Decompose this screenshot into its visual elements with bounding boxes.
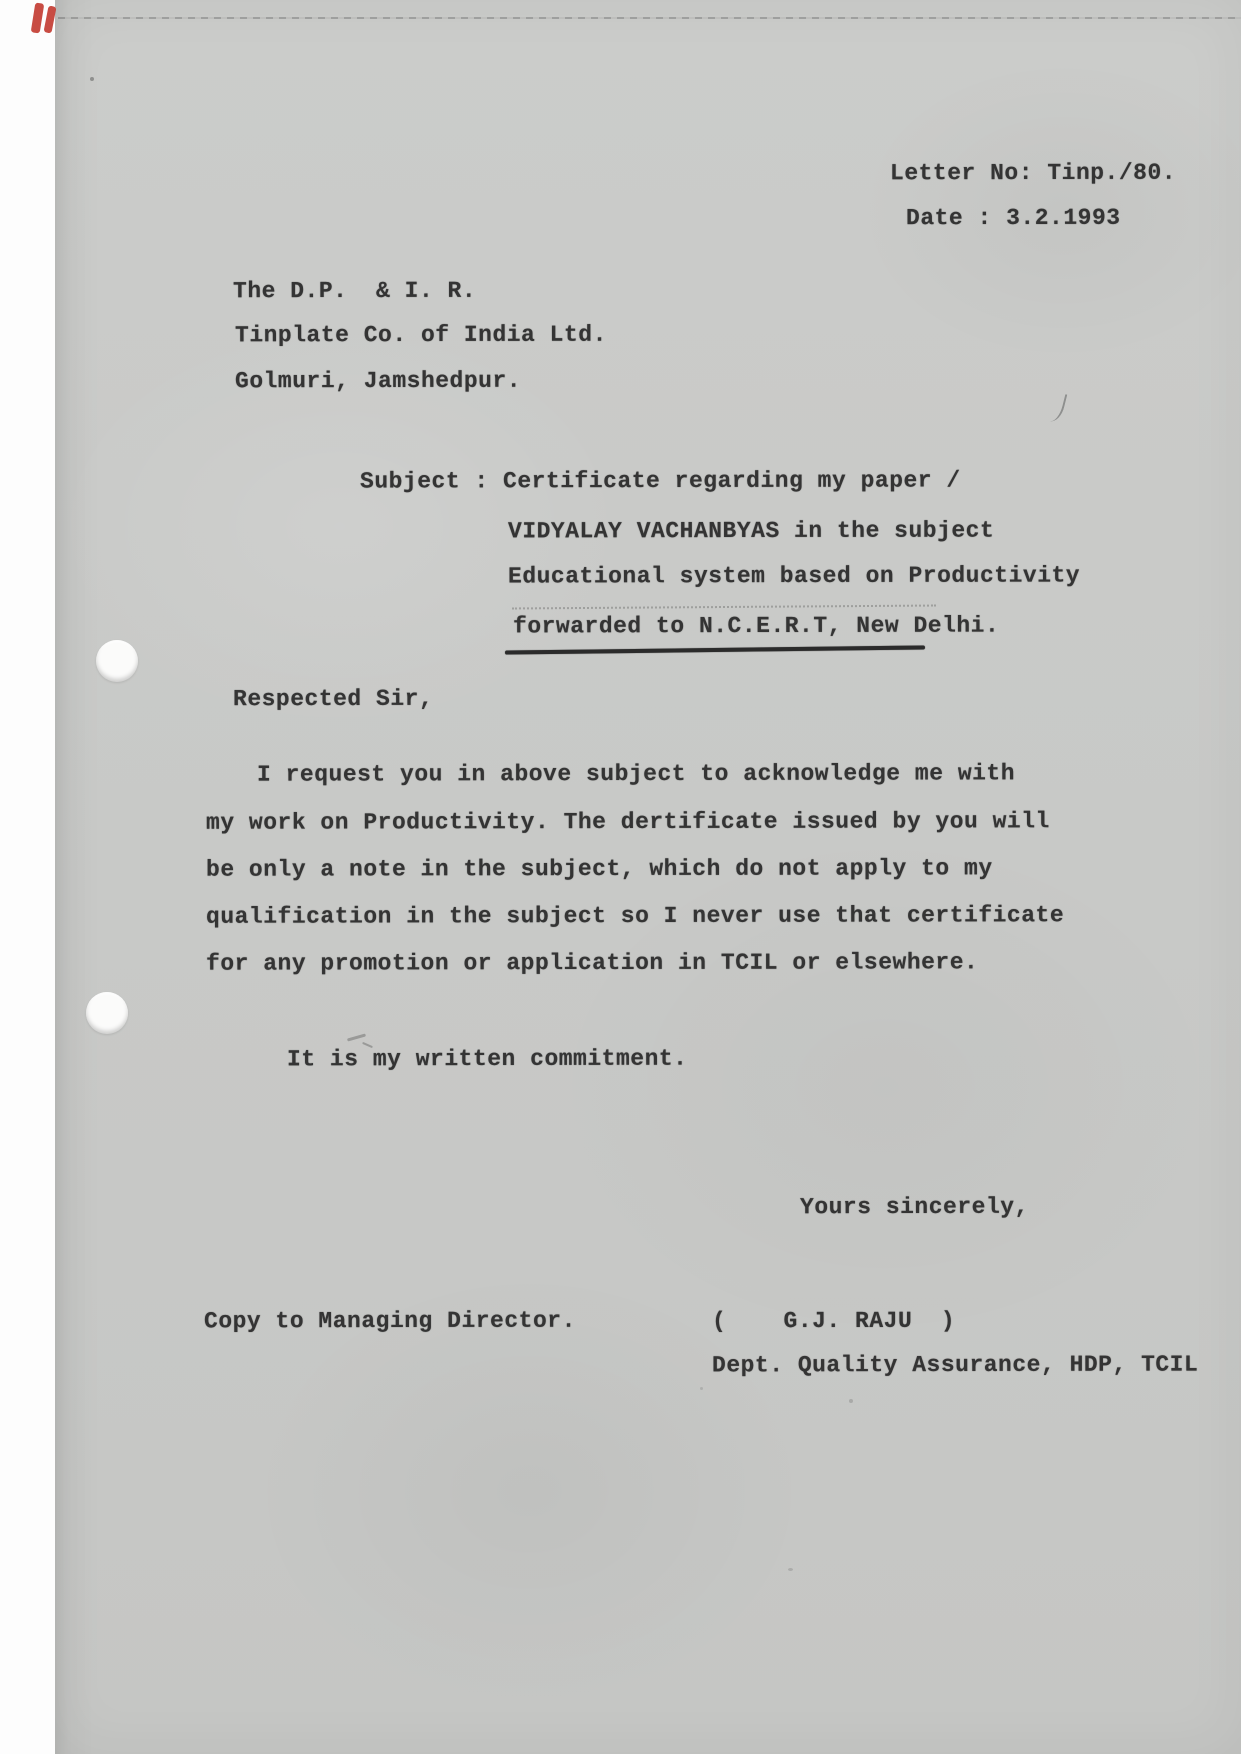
subject-line: Subject : Certificate regarding my paper… [360, 467, 961, 494]
scan-speck [700, 1387, 703, 1390]
scan-speck [849, 1399, 853, 1403]
body-line: for any promotion or application in TCIL… [206, 949, 978, 976]
closing: Yours sincerely, [800, 1194, 1029, 1220]
signature-name: ( G.J. RAJU ) [712, 1308, 955, 1334]
subject-line: VIDYALAY VACHANBYAS in the subject [508, 518, 994, 545]
recipient-line: The D.P. & I. R. [233, 278, 476, 304]
letter-number: Letter No: Tinp./80. [890, 160, 1176, 186]
salutation: Respected Sir, [233, 686, 433, 712]
recipient-line: Tinplate Co. of India Ltd. [235, 322, 607, 349]
body-line: be only a note in the subject, which do … [206, 855, 993, 882]
subject-line: Educational system based on Productivity [508, 563, 1080, 590]
scan-edge-line [58, 17, 1241, 19]
hole-punch [96, 640, 138, 682]
signature-department: Dept. Quality Assurance, HDP, TCIL [712, 1352, 1198, 1379]
scan-speck [90, 77, 94, 81]
body-line: qualification in the subject so I never … [206, 902, 1064, 929]
scan-speck [788, 1568, 793, 1571]
recipient-line: Golmuri, Jamshedpur. [235, 368, 521, 394]
letter-date: Date : 3.2.1993 [906, 205, 1121, 231]
scanned-letter: Letter No: Tinp./80. Date : 3.2.1993 The… [0, 0, 1241, 1754]
subject-line-underlined: forwarded to N.C.E.R.T, New Delhi. [513, 613, 999, 640]
hole-punch [86, 992, 128, 1034]
commitment-line: It is my written commitment. [287, 1046, 688, 1073]
copy-to-line: Copy to Managing Director. [204, 1308, 576, 1335]
body-line: my work on Productivity. The dertificate… [206, 808, 1050, 835]
red-pen-mark [31, 2, 45, 33]
body-line: I request you in above subject to acknow… [257, 760, 1015, 787]
